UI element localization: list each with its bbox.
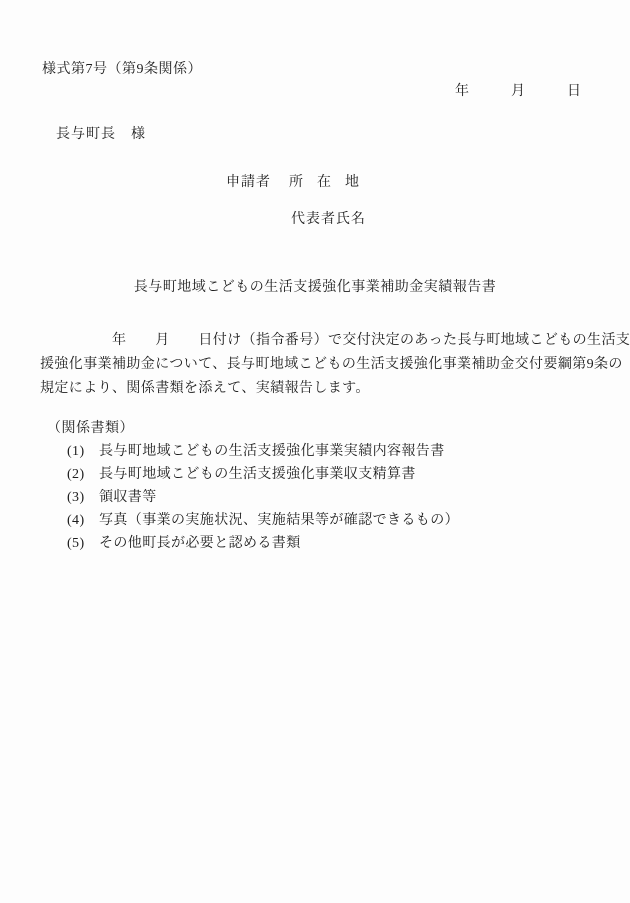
representative-name-label: 代表者氏名 [291, 208, 366, 228]
item-number: (3) [67, 486, 91, 509]
item-number: (2) [67, 463, 91, 486]
document-title: 長与町地域こどもの生活支援強化事業補助金実績報告書 [0, 276, 630, 296]
item-text: 長与町地域こどもの生活支援強化事業実績内容報告書 [99, 440, 445, 463]
list-item: (4) 写真（事業の実施状況、実施結果等が確認できるもの） [67, 509, 459, 532]
item-number: (5) [67, 532, 91, 555]
list-item: (2) 長与町地域こどもの生活支援強化事業収支精算書 [67, 463, 459, 486]
item-text: 長与町地域こどもの生活支援強化事業収支精算書 [99, 463, 416, 486]
date-fill-in-line: 年 月 日 [455, 80, 581, 100]
list-item: (3) 領収書等 [67, 486, 459, 509]
addressee: 長与町長 様 [56, 123, 146, 143]
applicant-label: 申請者 [226, 171, 271, 191]
item-number: (4) [67, 509, 91, 532]
item-number: (1) [67, 440, 91, 463]
body-line-2: 援強化事業補助金について、長与町地域こどもの生活支援強化事業補助金交付要綱第9条… [40, 353, 592, 377]
attachments-list: (1) 長与町地域こどもの生活支援強化事業実績内容報告書 (2) 長与町地域こど… [67, 440, 459, 555]
body-line-3: 規定により、関係書類を添えて、実績報告します。 [40, 377, 592, 401]
applicant-address-label: 所 在 地 [289, 171, 359, 191]
item-text: 領収書等 [99, 486, 157, 509]
body-paragraph: 年 月 日付け（指令番号）で交付決定のあった長与町地域こどもの生活支 援強化事業… [40, 329, 592, 401]
item-text: その他町長が必要と認める書類 [99, 532, 301, 555]
form-number: 様式第7号（第9条関係） [42, 58, 202, 78]
list-item: (5) その他町長が必要と認める書類 [67, 532, 459, 555]
body-line-1: 年 月 日付け（指令番号）で交付決定のあった長与町地域こどもの生活支 [40, 329, 592, 353]
document-page: 様式第7号（第9条関係） 年 月 日 長与町長 様 申請者 所 在 地 代表者氏… [0, 0, 630, 903]
list-item: (1) 長与町地域こどもの生活支援強化事業実績内容報告書 [67, 440, 459, 463]
item-text: 写真（事業の実施状況、実施結果等が確認できるもの） [99, 509, 459, 532]
attachments-heading: （関係書類） [47, 417, 134, 437]
